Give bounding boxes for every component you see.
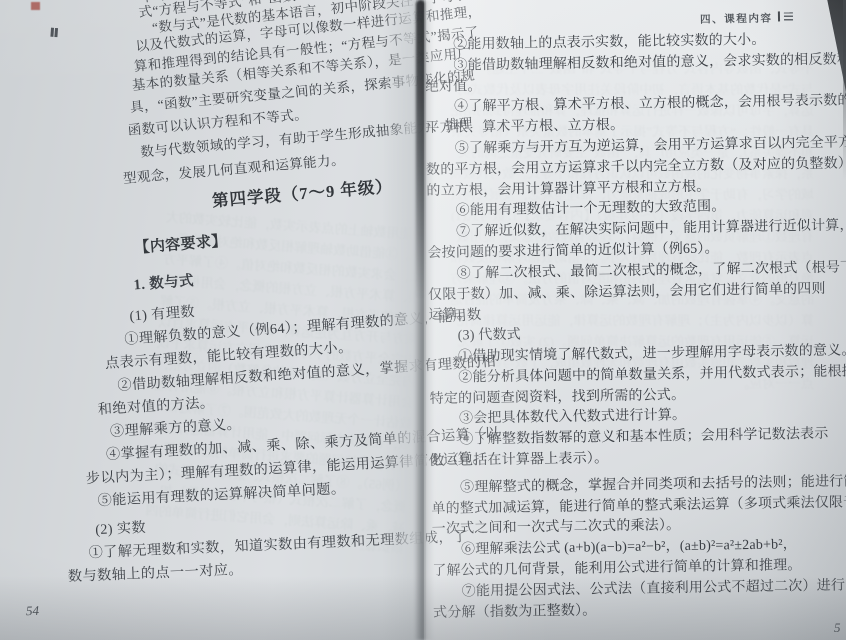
chapter-marker-icon xyxy=(777,11,793,22)
gutter-crease xyxy=(416,0,425,300)
right-page-number: 5 xyxy=(834,620,841,636)
running-header-text: 四、课程内容 xyxy=(700,14,773,26)
running-header: 四、课程内容 xyxy=(700,10,794,27)
left-page-number: 54 xyxy=(26,603,40,619)
book-photo: ②能用数轴上的点表示实数，能比较实数的大小。③能借助数轴理解相反数和绝对值的意义… xyxy=(0,0,846,640)
page-edge-red-mark-icon xyxy=(31,2,40,10)
page-edge-bars-icon xyxy=(51,24,61,34)
right-page-text: ②能用数轴上的点表示实数，能比较实数的大小。③能借助数轴理解相反数和绝对值的意义… xyxy=(424,29,846,624)
